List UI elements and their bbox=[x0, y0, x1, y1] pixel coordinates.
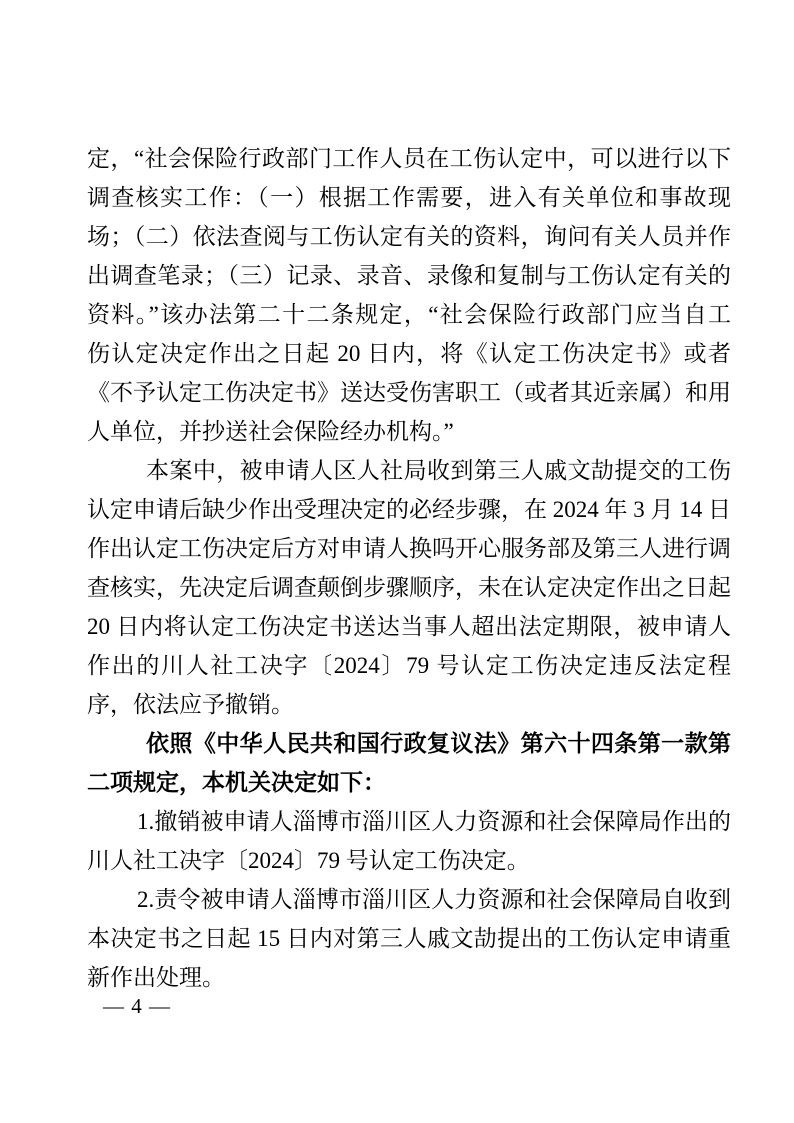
document-body: 定，“社会保险行政部门工作人员在工伤认定中，可以进行以下 调查核实工作：（一）根… bbox=[87, 139, 731, 997]
text-line: 伤认定决定作出之日起 20 日内，将《认定工伤决定书》或者 bbox=[87, 334, 731, 373]
text-line: 本决定书之日起 15 日内对第三人戚文劼提出的工伤认定申请重 bbox=[87, 919, 731, 958]
text-line: 出调查笔录；（三）记录、录音、录像和复制与工伤认定有关的 bbox=[87, 256, 731, 295]
text-line: 序，依法应予撤销。 bbox=[87, 685, 731, 724]
page-number: — 4 — bbox=[103, 994, 171, 1019]
text-line: 调查核实工作：（一）根据工作需要，进入有关单位和事故现 bbox=[87, 178, 731, 217]
paragraph-decision-item-1: 1.撤销被申请人淄博市淄川区人力资源和社会保障局作出的 川人社工决字〔2024〕… bbox=[87, 802, 731, 880]
text-line: 川人社工决字〔2024〕79 号认定工伤决定。 bbox=[87, 841, 731, 880]
text-line: 定，“社会保险行政部门工作人员在工伤认定中，可以进行以下 bbox=[87, 139, 731, 178]
text-line: 认定申请后缺少作出受理决定的必经步骤，在 2024 年 3 月 14 日 bbox=[87, 490, 731, 529]
text-line: 1.撤销被申请人淄博市淄川区人力资源和社会保障局作出的 bbox=[87, 802, 731, 841]
paragraph-case-analysis: 本案中，被申请人区人社局收到第三人戚文劼提交的工伤 认定申请后缺少作出受理决定的… bbox=[87, 451, 731, 724]
text-line: 人单位，并抄送社会保险经办机构。” bbox=[87, 412, 731, 451]
text-line: 2.责令被申请人淄博市淄川区人力资源和社会保障局自收到 bbox=[87, 880, 731, 919]
text-line: 《不予认定工伤决定书》送达受伤害职工（或者其近亲属）和用 bbox=[87, 373, 731, 412]
text-line: 作出认定工伤决定后方对申请人换吗开心服务部及第三人进行调 bbox=[87, 529, 731, 568]
text-line: 本案中，被申请人区人社局收到第三人戚文劼提交的工伤 bbox=[87, 451, 731, 490]
text-line: 作出的川人社工决字〔2024〕79 号认定工伤决定违反法定程 bbox=[87, 646, 731, 685]
paragraph-body-continuation: 定，“社会保险行政部门工作人员在工伤认定中，可以进行以下 调查核实工作：（一）根… bbox=[87, 139, 731, 451]
paragraph-decision-item-2: 2.责令被申请人淄博市淄川区人力资源和社会保障局自收到 本决定书之日起 15 日… bbox=[87, 880, 731, 997]
paragraph-decision-basis: 依照《中华人民共和国行政复议法》第六十四条第一款第 二项规定，本机关决定如下： bbox=[87, 724, 731, 802]
text-line: 资料。”该办法第二十二条规定，“社会保险行政部门应当自工 bbox=[87, 295, 731, 334]
text-line: 二项规定，本机关决定如下： bbox=[87, 763, 731, 802]
text-line: 20 日内将认定工伤决定书送达当事人超出法定期限，被申请人 bbox=[87, 607, 731, 646]
text-line: 新作出处理。 bbox=[87, 958, 731, 997]
text-line: 依照《中华人民共和国行政复议法》第六十四条第一款第 bbox=[87, 724, 731, 763]
document-page: 定，“社会保险行政部门工作人员在工伤认定中，可以进行以下 调查核实工作：（一）根… bbox=[0, 0, 794, 1123]
text-line: 查核实，先决定后调查颠倒步骤顺序，未在认定决定作出之日起 bbox=[87, 568, 731, 607]
text-line: 场；（二）依法查阅与工伤认定有关的资料，询问有关人员并作 bbox=[87, 217, 731, 256]
